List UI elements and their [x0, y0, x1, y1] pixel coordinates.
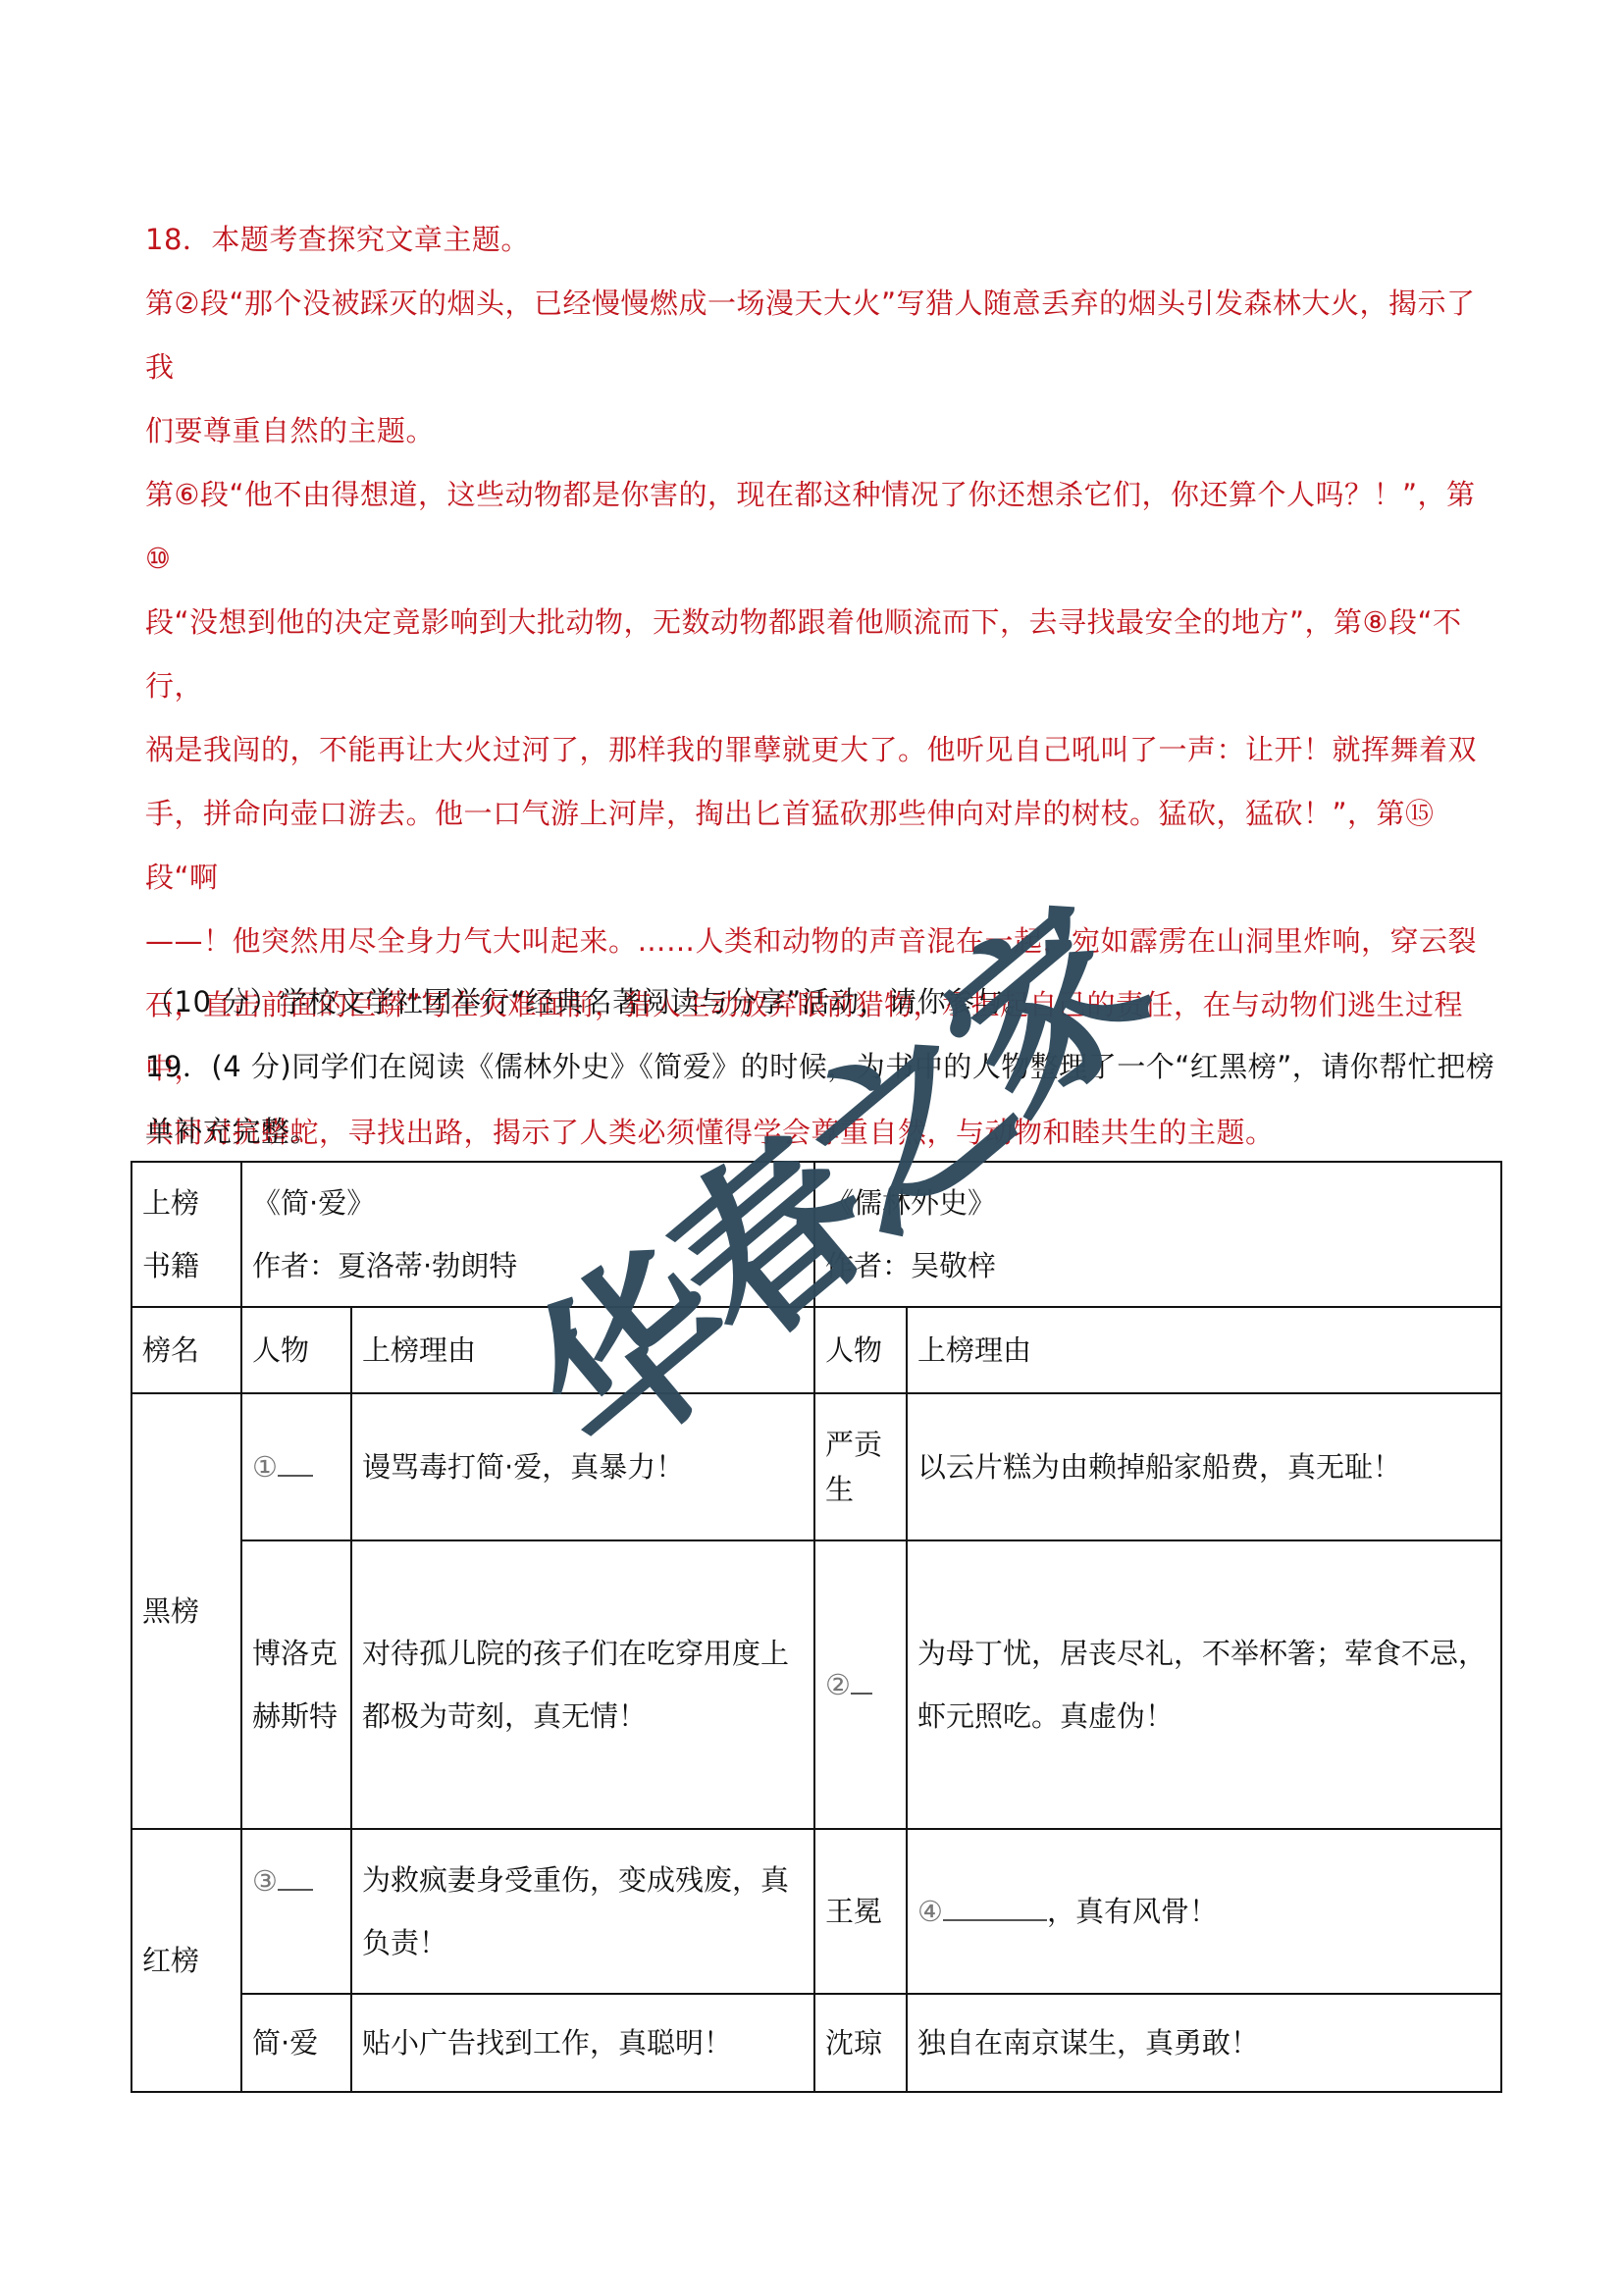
book-label-line: 上榜: [142, 1172, 231, 1234]
answer-blank-2[interactable]: [851, 1693, 872, 1695]
book2-cell: 《儒林外史》 作者：吴敬梓: [814, 1162, 1501, 1307]
reason-cell: 对待孤儿院的孩子们在吃穿用度上都极为苛刻，真无情！: [351, 1540, 814, 1829]
person-cell: 简·爱: [241, 1994, 351, 2092]
answer-line: 第②段“那个没被踩灭的烟头，已经慢慢燃成一场漫天大火”写猎人随意丢弃的烟头引发森…: [145, 272, 1499, 399]
blank-number: ①: [252, 1450, 278, 1484]
table-row: 博洛克赫斯特 对待孤儿院的孩子们在吃穿用度上都极为苛刻，真无情！ ② 为母丁忧，…: [131, 1540, 1501, 1829]
reason-cell-with-blank[interactable]: ④，真有风骨！: [907, 1829, 1501, 1994]
reason-cell: 为救疯妻身受重伤，变成残废，真负责！: [351, 1829, 814, 1994]
book2-title: 《儒林外史》: [825, 1172, 1491, 1234]
answer-line: 18．本题考查探究文章主题。: [145, 208, 1499, 272]
question-text: 19．(4 分)同学们在阅读《儒林外史》《简爱》的时候，为书中的人物整理了一个“…: [145, 1034, 1499, 1099]
header-reason: 上榜理由: [351, 1307, 814, 1393]
table-row: 简·爱 贴小广告找到工作，真聪明！ 沈琼 独自在南京谋生，真勇敢！: [131, 1994, 1501, 2092]
blank-2-cell[interactable]: ②: [814, 1540, 907, 1829]
reason-cell: 以云片糕为由赖掉船家船费，真无耻！: [907, 1393, 1501, 1540]
section-intro: （10 分）学校文学社团举行“经典名著阅读与分享”活动，请你参与。: [145, 969, 1499, 1034]
answer-line: 们要尊重自然的主题。: [145, 399, 1499, 463]
reason-cell: 独自在南京谋生，真勇敢！: [907, 1994, 1501, 2092]
header-list-name: 榜名: [131, 1307, 241, 1393]
book1-title: 《简·爱》: [252, 1172, 804, 1234]
blank-number: ③: [252, 1864, 278, 1898]
red-list-label: 红榜: [131, 1829, 241, 2092]
books-row: 上榜 书籍 《简·爱》 作者：夏洛蒂·勃朗特 《儒林外史》 作者：吴敬梓: [131, 1162, 1501, 1307]
answer-line: 第⑥段“他不由得想道，这些动物都是你害的，现在都这种情况了你还想杀它们，你还算个…: [145, 463, 1499, 591]
book1-author: 作者：夏洛蒂·勃朗特: [252, 1234, 804, 1297]
reason-cell: 贴小广告找到工作，真聪明！: [351, 1994, 814, 2092]
answer-line: 祸是我闯的，不能再让大火过河了，那样我的罪孽就更大了。他听见自己吼叫了一声：让开…: [145, 718, 1499, 782]
header-person: 人物: [241, 1307, 351, 1393]
header-person2: 人物: [814, 1307, 907, 1393]
answer-blank-1[interactable]: [278, 1475, 313, 1477]
person-cell: 严贡生: [814, 1393, 907, 1540]
book-label-line: 书籍: [142, 1234, 231, 1297]
black-list-label: 黑榜: [131, 1393, 241, 1829]
blank-3-cell[interactable]: ③: [241, 1829, 351, 1994]
question-19: （10 分）学校文学社团举行“经典名著阅读与分享”活动，请你参与。 19．(4 …: [145, 969, 1499, 1164]
document-page: 18．本题考查探究文章主题。 第②段“那个没被踩灭的烟头，已经慢慢燃成一场漫天大…: [0, 0, 1623, 2296]
table-row: 红榜 ③ 为救疯妻身受重伤，变成残废，真负责！ 王冕 ④，真有风骨！: [131, 1829, 1501, 1994]
answer-line: 手，拼命向壶口游去。他一口气游上河岸，掏出匕首猛砍那些伸向对岸的树枝。猛砍，猛砍…: [145, 782, 1499, 910]
red-black-list-table: 上榜 书籍 《简·爱》 作者：夏洛蒂·勃朗特 《儒林外史》 作者：吴敬梓 榜名 …: [131, 1161, 1502, 2093]
person-cell: 博洛克赫斯特: [241, 1540, 351, 1829]
answer-line: 段“没想到他的决定竟影响到大批动物，无数动物都跟着他顺流而下，去寻找最安全的地方…: [145, 591, 1499, 718]
book2-author: 作者：吴敬梓: [825, 1234, 1491, 1297]
blank-1-cell[interactable]: ①: [241, 1393, 351, 1540]
answer-line: ——！他突然用尽全身力气大叫起来。……人类和动物的声音混在一起，宛如霹雳在山洞里…: [145, 910, 1499, 973]
book1-cell: 《简·爱》 作者：夏洛蒂·勃朗特: [241, 1162, 814, 1307]
reason-cell: 谩骂毒打简·爱，真暴力！: [351, 1393, 814, 1540]
header-reason2: 上榜理由: [907, 1307, 1501, 1393]
blank-number: ②: [825, 1668, 851, 1701]
reason-cell: 为母丁忧，居丧尽礼，不举杯箸；荤食不忌，虾元照吃。真虚伪！: [907, 1540, 1501, 1829]
blank-number: ④: [917, 1895, 943, 1928]
person-cell: 王冕: [814, 1829, 907, 1994]
header-row: 榜名 人物 上榜理由 人物 上榜理由: [131, 1307, 1501, 1393]
reason-suffix: ，真有风骨！: [1047, 1895, 1218, 1928]
answer-blank-3[interactable]: [278, 1889, 313, 1891]
table-row: 黑榜 ① 谩骂毒打简·爱，真暴力！ 严贡生 以云片糕为由赖掉船家船费，真无耻！: [131, 1393, 1501, 1540]
book-label-cell: 上榜 书籍: [131, 1162, 241, 1307]
question-text-cont: 单补充完整。: [145, 1099, 1499, 1164]
answer-blank-4[interactable]: [943, 1919, 1047, 1921]
person-cell: 沈琼: [814, 1994, 907, 2092]
